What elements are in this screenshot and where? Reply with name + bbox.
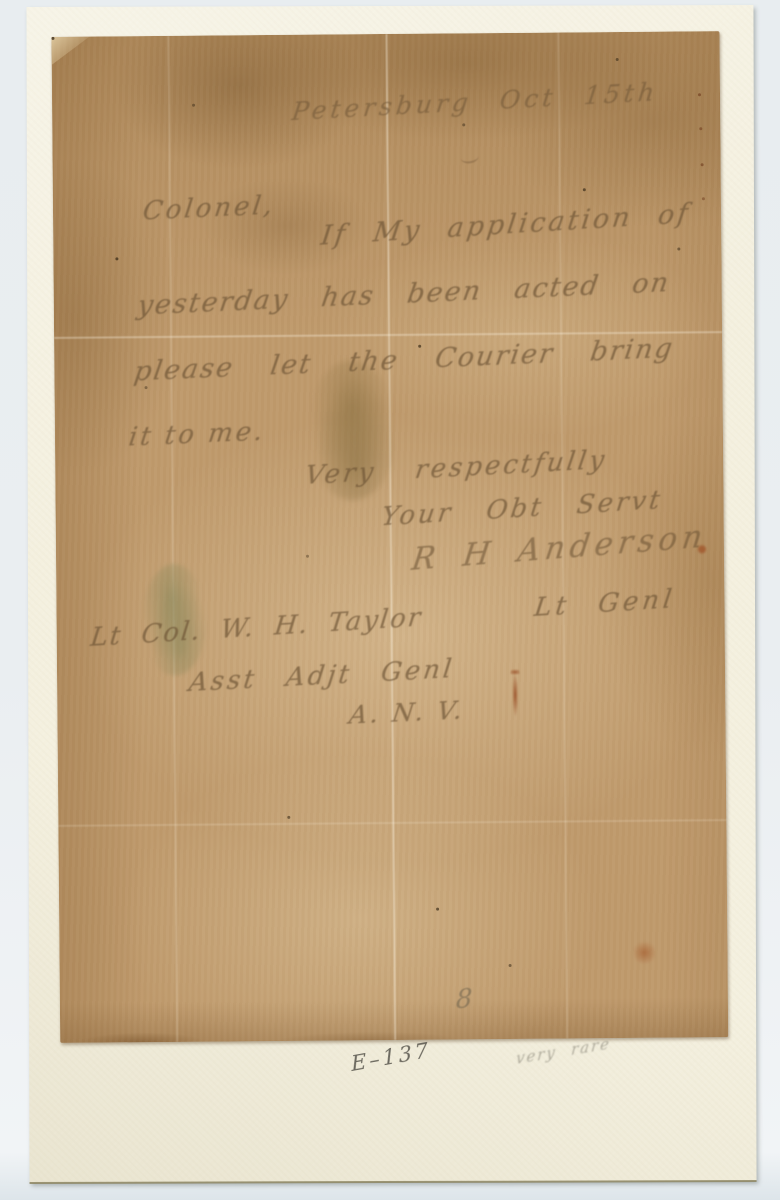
scan-background: Petersburg Oct 15th Colonel, If My appli… xyxy=(0,0,780,1200)
date-line: Petersburg Oct 15th xyxy=(290,77,660,126)
mount-bottom-edge xyxy=(30,1180,757,1184)
address-line-1: Lt Col. W. H. Taylor xyxy=(89,602,424,653)
body-line-2: yesterday has been acted on xyxy=(135,267,672,321)
crease-vertical-center xyxy=(385,34,396,1040)
address-line-3: A. N. V. xyxy=(347,695,466,729)
body-line-3: please let the Courier bring xyxy=(132,333,676,388)
pencil-note-scribble: very rare xyxy=(515,1034,611,1068)
body-line-1: If My application of xyxy=(319,198,692,252)
mount-board: Petersburg Oct 15th Colonel, If My appli… xyxy=(26,5,756,1183)
address-line-2: Asst Adjt Genl xyxy=(187,654,456,698)
ink-flourish xyxy=(460,150,480,165)
salutation: Colonel, xyxy=(141,190,277,226)
corner-fold xyxy=(51,37,89,65)
page-mark-pencil: 8 xyxy=(456,983,473,1015)
body-line-4: it to me. xyxy=(127,416,268,452)
rust-spot xyxy=(633,940,655,966)
letter-sheet: Petersburg Oct 15th Colonel, If My appli… xyxy=(51,31,728,1043)
rust-cross-mark xyxy=(509,661,522,723)
crease-vertical-left xyxy=(167,36,178,1042)
signature-rank: Lt Genl xyxy=(532,584,677,623)
ink-specks xyxy=(51,37,54,40)
catalog-number-pencil: E–137 xyxy=(350,1038,431,1076)
